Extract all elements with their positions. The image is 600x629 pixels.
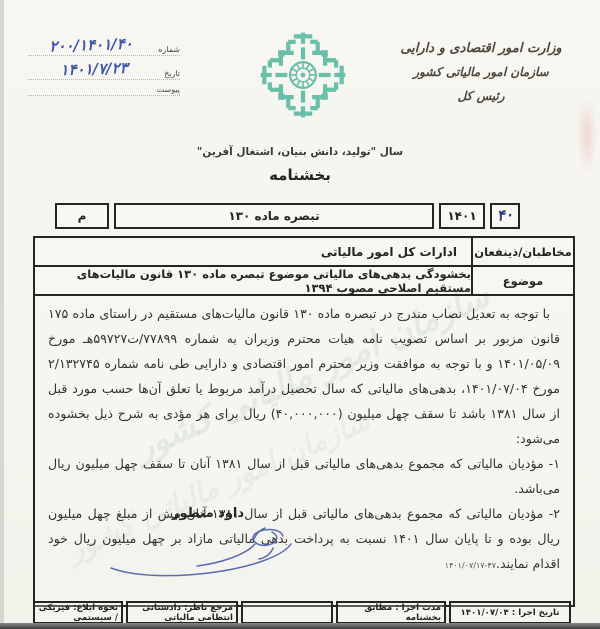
body-item-2-note: ۱۴۰۱/۰۷/۱۷-۴۷ <box>445 561 496 570</box>
serial-handwritten: ۴۰ <box>496 205 514 225</box>
date-label: تاریخ <box>160 69 180 78</box>
attachment-row: پیوست <box>28 84 180 96</box>
circular-body-box: مخاطبان/ذینفعان ادارات کل امور مالیاتی م… <box>33 236 575 607</box>
date-value-handwritten: ۱۴۰۱/۷/۲۳ <box>28 58 161 81</box>
number-label: شماره <box>154 45 180 54</box>
year-slogan: سال "تولید، دانش بنیان، اشتغال آفرین" <box>0 146 600 158</box>
notification-method-cell: نحوه ابلاغ: فیزیکی / سیستمی <box>33 601 123 624</box>
ministry-name: وزارت امور اقتصادی و دارایی <box>386 36 576 61</box>
body-paragraph: با توجه به تعدیل نصاب مندرج در تبصره ماد… <box>48 301 560 451</box>
attachment-blank-line <box>28 84 153 94</box>
execution-duration-cell: مدت اجرا : مطابق بخشنامه <box>336 601 446 624</box>
organization-name: سازمان امور مالیاتی کشور <box>386 61 576 84</box>
subject-value: بخشودگی بدهی‌های مالیاتی موضوع تبصره ماد… <box>35 267 471 294</box>
scan-edge-left <box>0 0 4 629</box>
document-type-title: بخشنامه <box>0 166 600 184</box>
classification-serial-cell: ۴۰ <box>490 203 520 229</box>
classification-reference-cell: تبصره ماده ۱۳۰ <box>114 203 434 229</box>
number-value-handwritten: ۲۰۰/۱۴۰۱/۴۰ <box>28 34 155 56</box>
classification-strip: ۴۰ ۱۴۰۱ تبصره ماده ۱۳۰ م <box>55 203 520 229</box>
execution-date-cell: تاریخ اجرا : ۱۴۰۱/۰۷/۰۴ <box>449 601 571 624</box>
tax-administration-emblem-icon <box>257 28 349 122</box>
number-row: شماره ۲۰۰/۱۴۰۱/۴۰ <box>28 36 180 56</box>
recipients-row: مخاطبان/ذینفعان ادارات کل امور مالیاتی <box>35 238 573 267</box>
classification-year-cell: ۱۴۰۱ <box>439 203 485 229</box>
supervisor-cell: مرجع ناظر: دادستانی انتظامی مالیاتی <box>126 601 238 624</box>
subject-label: موضوع <box>471 267 573 294</box>
classification-category-cell: م <box>55 203 109 229</box>
reference-fields: شماره ۲۰۰/۱۴۰۱/۴۰ تاریخ ۱۴۰۱/۷/۲۳ پیوست <box>28 36 180 100</box>
letterhead-titles: وزارت امور اقتصادی و دارایی سازمان امور … <box>386 36 576 108</box>
date-row: تاریخ ۱۴۰۱/۷/۲۳ <box>28 60 180 80</box>
signature-icon <box>105 514 305 594</box>
body-item-1: ۱- مؤدیان مالیاتی که مجموع بدهی‌های مالی… <box>48 451 560 501</box>
scanned-circular-page: سازمان امور مالیاتی کشور سازمان امور مال… <box>0 0 600 629</box>
recipients-label: مخاطبان/ذینفعان <box>471 238 573 265</box>
signatory-role: رئیس کل <box>386 85 576 108</box>
scan-smudge <box>576 95 598 175</box>
attachment-label: پیوست <box>153 85 180 94</box>
empty-cell <box>241 601 333 624</box>
footer-strip: تاریخ اجرا : ۱۴۰۱/۰۷/۰۴ مدت اجرا : مطابق… <box>33 601 571 624</box>
scan-edge-bottom <box>0 623 600 629</box>
subject-row: موضوع بخشودگی بدهی‌های مالیاتی موضوع تبص… <box>35 267 573 296</box>
recipients-value: ادارات کل امور مالیاتی <box>35 238 471 265</box>
